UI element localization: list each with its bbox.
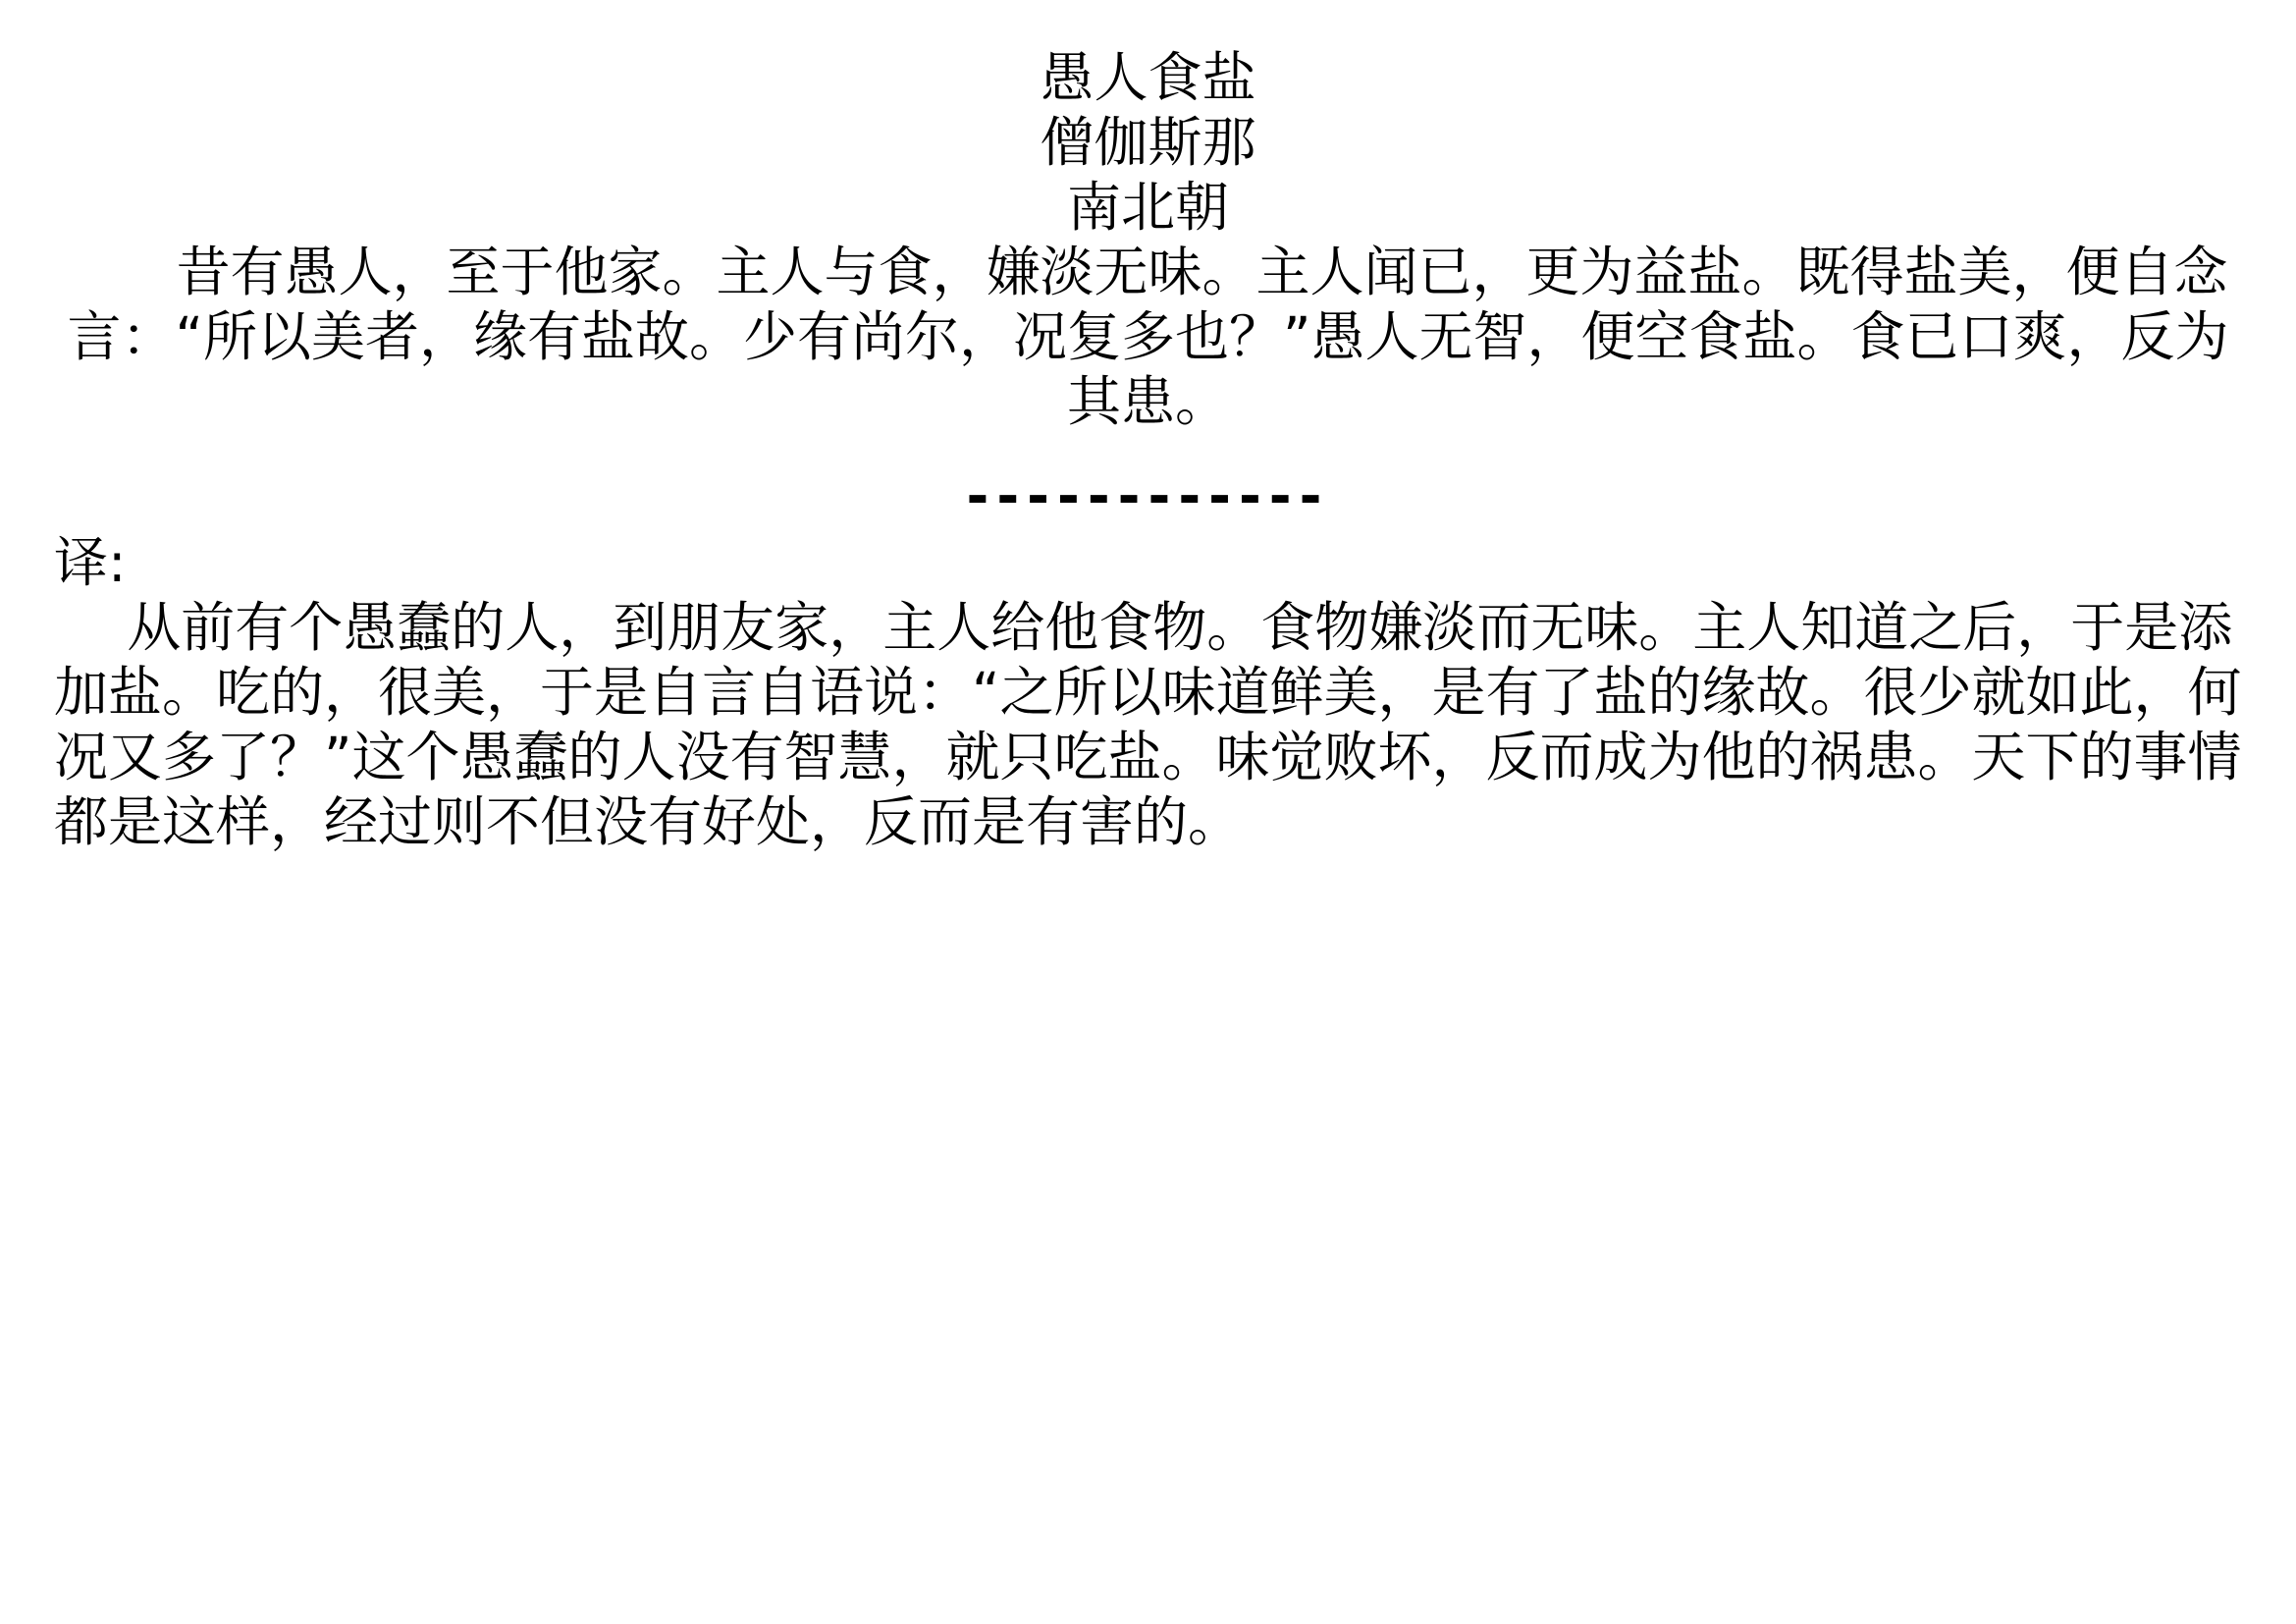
poem-title: 愚人食盐 <box>54 45 2242 110</box>
document-page: 愚人食盐 僧伽斯那 南北朝 昔有愚人，至于他家。主人与食，嫌淡无味。主人闻已，更… <box>0 0 2296 1624</box>
poem-dynasty: 南北朝 <box>54 175 2242 240</box>
translation-text: 从前有个愚蠢的人，到朋友家，主人给他食物。食物嫌淡而无味。主人知道之后，于是添加… <box>54 595 2242 854</box>
title-block: 愚人食盐 僧伽斯那 南北朝 <box>54 45 2242 240</box>
original-text: 昔有愚人，至于他家。主人与食，嫌淡无味。主人闻已，更为益盐。既得盐美，便自念言：… <box>54 240 2242 434</box>
poem-author: 僧伽斯那 <box>54 110 2242 175</box>
translation-label: 译: <box>54 530 2242 595</box>
divider-dashes: ------------ <box>54 463 2242 528</box>
